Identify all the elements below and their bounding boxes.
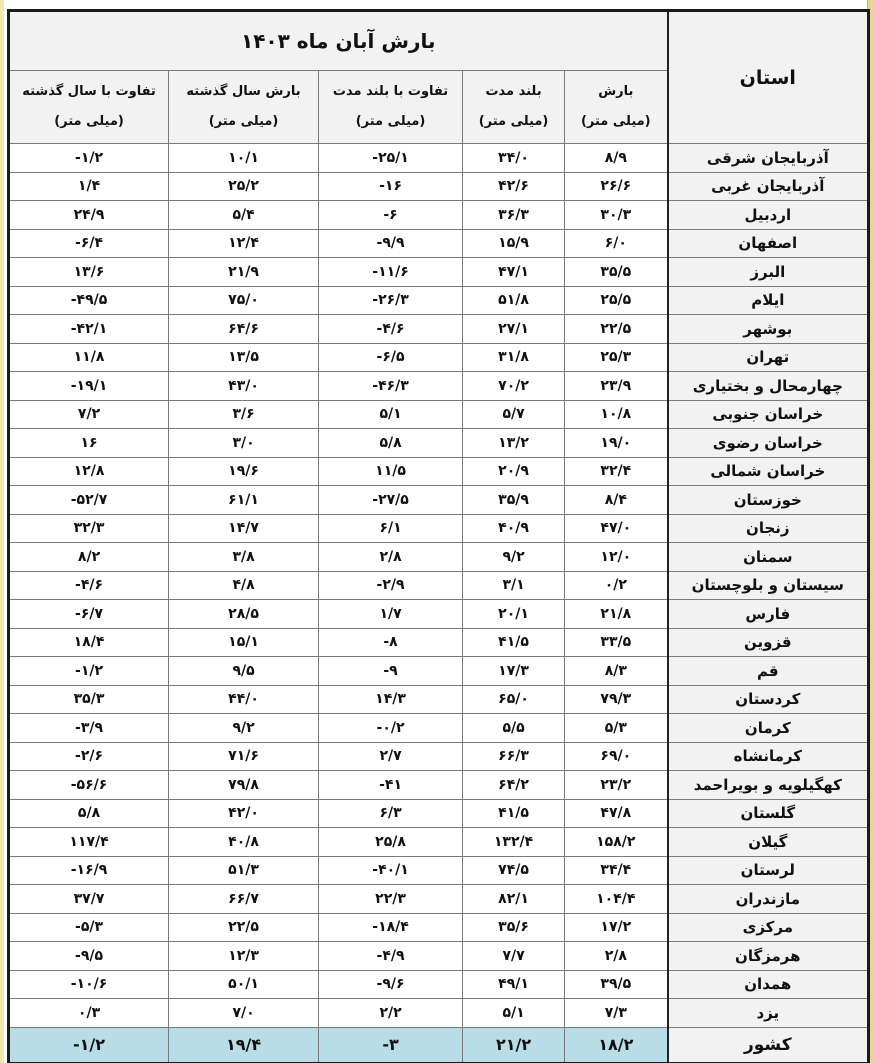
value-text: ۱۹/۰ bbox=[600, 435, 631, 451]
province-name: کشور bbox=[668, 1027, 869, 1063]
column-header-unit: (میلی متر) bbox=[463, 107, 564, 137]
table-row: هرمزگان۲/۸۷/۷-۴/۹۱۲/۳-۹/۵ bbox=[9, 942, 869, 971]
value-text: ۵۱/۸ bbox=[498, 292, 529, 308]
province-name: کرمانشاه bbox=[668, 742, 869, 771]
value-cell: ۳۲/۴ bbox=[565, 457, 668, 486]
value-cell: -۴۲/۱ bbox=[9, 315, 169, 344]
value-text: -۹/۶ bbox=[377, 976, 405, 992]
value-cell: ۱۳۲/۴ bbox=[463, 828, 565, 857]
value-cell: ۷/۰ bbox=[169, 999, 319, 1028]
value-cell: ۰/۳ bbox=[9, 999, 169, 1028]
value-text: ۴۰/۹ bbox=[498, 520, 529, 536]
table-row: خراسان شمالی۳۲/۴۲۰/۹۱۱/۵۱۹/۶۱۲/۸ bbox=[9, 457, 869, 486]
province-name: گیلان bbox=[668, 828, 869, 857]
value-cell: ۲۵/۵ bbox=[565, 286, 668, 315]
value-cell: ۱۵/۱ bbox=[169, 628, 319, 657]
value-cell: ۱/۴ bbox=[9, 172, 169, 201]
value-cell: ۵/۱ bbox=[463, 999, 565, 1028]
value-cell: ۶/۳ bbox=[319, 799, 463, 828]
value-text: ۵/۱ bbox=[502, 1005, 524, 1021]
value-text: ۶۱/۱ bbox=[228, 492, 259, 508]
value-text: -۹/۹ bbox=[377, 235, 405, 251]
value-text: ۱۳/۵ bbox=[228, 349, 259, 365]
value-cell: ۹/۵ bbox=[169, 657, 319, 686]
value-text: ۱۵/۱ bbox=[228, 634, 259, 650]
value-text: ۴۱/۵ bbox=[498, 805, 529, 821]
value-text: ۶۹/۰ bbox=[600, 748, 631, 764]
table-row: یزد۷/۳۵/۱۲/۲۷/۰۰/۳ bbox=[9, 999, 869, 1028]
value-text: ۶۴/۶ bbox=[228, 321, 259, 337]
value-cell: ۵/۷ bbox=[463, 400, 565, 429]
value-cell: ۷۴/۵ bbox=[463, 856, 565, 885]
table-row: همدان۳۹/۵۴۹/۱-۹/۶۵۰/۱-۱۰/۶ bbox=[9, 970, 869, 999]
value-cell: -۲۶/۳ bbox=[319, 286, 463, 315]
value-cell: -۱/۲ bbox=[9, 657, 169, 686]
table-row: قزوین۳۳/۵۴۱/۵-۸۱۵/۱۱۸/۴ bbox=[9, 628, 869, 657]
table-row: خراسان جنوبی۱۰/۸۵/۷۵/۱۳/۶۷/۲ bbox=[9, 400, 869, 429]
value-text: -۱۹/۱ bbox=[71, 378, 108, 394]
value-text: -۳ bbox=[382, 1035, 398, 1054]
column-header-label: بارش bbox=[565, 77, 667, 107]
value-text: ۲۱/۲ bbox=[496, 1035, 531, 1054]
value-cell: -۹/۵ bbox=[9, 942, 169, 971]
column-header-label: تفاوت با سال گذشته bbox=[10, 77, 168, 107]
value-cell: ۷۹/۳ bbox=[565, 685, 668, 714]
table-row: کرمان۵/۳۵/۵-۰/۲۹/۲-۳/۹ bbox=[9, 714, 869, 743]
value-cell: ۱۱۷/۴ bbox=[9, 828, 169, 857]
value-text: ۱۳/۶ bbox=[74, 264, 105, 280]
table-row: قم۸/۳۱۷/۳-۹۹/۵-۱/۲ bbox=[9, 657, 869, 686]
value-cell: ۴۲/۶ bbox=[463, 172, 565, 201]
value-cell: ۱۰/۸ bbox=[565, 400, 668, 429]
value-text: ۳/۶ bbox=[232, 406, 254, 422]
value-cell: ۴۹/۱ bbox=[463, 970, 565, 999]
value-cell: ۲۵/۲ bbox=[169, 172, 319, 201]
table-row: سمنان۱۲/۰۹/۲۲/۸۳/۸۸/۲ bbox=[9, 543, 869, 572]
value-cell: ۲۰/۱ bbox=[463, 600, 565, 629]
province-name: یزد bbox=[668, 999, 869, 1028]
value-cell: ۵۱/۸ bbox=[463, 286, 565, 315]
value-text: ۴۷/۰ bbox=[600, 520, 631, 536]
value-cell: -۱۸/۴ bbox=[319, 913, 463, 942]
table-row: گلستان۴۷/۸۴۱/۵۶/۳۴۲/۰۵/۸ bbox=[9, 799, 869, 828]
title-row: استان بارش آبان ماه ۱۴۰۳ bbox=[9, 11, 869, 71]
table-row: کرمانشاه۶۹/۰۶۶/۳۲/۷۷۱/۶-۲/۶ bbox=[9, 742, 869, 771]
value-text: -۵/۳ bbox=[75, 919, 103, 935]
value-cell: ۱۹/۰ bbox=[565, 429, 668, 458]
province-name: اصفهان bbox=[668, 229, 869, 258]
value-text: ۳۹/۵ bbox=[600, 976, 631, 992]
value-text: ۲/۷ bbox=[379, 748, 401, 764]
value-cell: ۴۳/۰ bbox=[169, 372, 319, 401]
value-cell: ۲۱/۹ bbox=[169, 258, 319, 287]
value-text: ۳/۱ bbox=[502, 577, 524, 593]
value-text: -۱/۲ bbox=[73, 1035, 105, 1054]
value-cell: ۲/۸ bbox=[319, 543, 463, 572]
value-text: -۴/۶ bbox=[75, 577, 103, 593]
value-cell: -۴۶/۳ bbox=[319, 372, 463, 401]
value-text: ۴۲/۶ bbox=[498, 178, 529, 194]
value-text: ۷/۷ bbox=[502, 948, 524, 964]
value-cell: ۷۵/۰ bbox=[169, 286, 319, 315]
value-cell: -۴/۹ bbox=[319, 942, 463, 971]
province-name: اردبیل bbox=[668, 201, 869, 230]
table-body: آذربایجان شرقی۸/۹۳۴/۰-۲۵/۱۱۰/۱-۱/۲آذربای… bbox=[9, 144, 869, 1063]
value-cell: ۱۱/۸ bbox=[9, 343, 169, 372]
table-row: آذربایجان شرقی۸/۹۳۴/۰-۲۵/۱۱۰/۱-۱/۲ bbox=[9, 144, 869, 173]
value-text: -۰/۲ bbox=[377, 720, 405, 736]
value-text: -۲/۹ bbox=[377, 577, 405, 593]
value-cell: ۳۲/۳ bbox=[9, 514, 169, 543]
value-text: ۱۴/۷ bbox=[228, 520, 259, 536]
value-cell: -۲۵/۱ bbox=[319, 144, 463, 173]
value-cell: ۹/۲ bbox=[169, 714, 319, 743]
value-text: -۴۰/۱ bbox=[372, 862, 409, 878]
value-text: ۱۱/۵ bbox=[375, 463, 406, 479]
value-cell: ۵/۵ bbox=[463, 714, 565, 743]
value-text: ۲۱/۸ bbox=[600, 606, 631, 622]
value-cell: ۶/۱ bbox=[319, 514, 463, 543]
value-text: ۲۵/۸ bbox=[375, 834, 406, 850]
value-cell: ۲/۷ bbox=[319, 742, 463, 771]
value-text: ۱۹/۶ bbox=[228, 463, 259, 479]
value-cell: ۷۹/۸ bbox=[169, 771, 319, 800]
value-text: ۷۰/۲ bbox=[498, 378, 529, 394]
value-cell: ۴۱/۵ bbox=[463, 628, 565, 657]
value-text: ۳۳/۵ bbox=[600, 634, 631, 650]
province-name: سیستان و بلوچستان bbox=[668, 571, 869, 600]
value-cell: ۶۶/۳ bbox=[463, 742, 565, 771]
value-text: -۴/۶ bbox=[377, 321, 405, 337]
value-text: ۶/۰ bbox=[605, 235, 627, 251]
value-cell: ۲۸/۵ bbox=[169, 600, 319, 629]
value-cell: -۹/۶ bbox=[319, 970, 463, 999]
value-cell: ۱۲/۸ bbox=[9, 457, 169, 486]
value-text: ۶۶/۷ bbox=[228, 891, 259, 907]
province-name: مرکزی bbox=[668, 913, 869, 942]
table-row: کردستان۷۹/۳۶۵/۰۱۴/۳۴۴/۰۳۵/۳ bbox=[9, 685, 869, 714]
value-text: ۱/۷ bbox=[379, 606, 401, 622]
value-cell: ۰/۲ bbox=[565, 571, 668, 600]
value-text: -۶/۴ bbox=[75, 235, 103, 251]
table-row: گیلان۱۵۸/۲۱۳۲/۴۲۵/۸۴۰/۸۱۱۷/۴ bbox=[9, 828, 869, 857]
value-text: ۱۰/۱ bbox=[228, 150, 259, 166]
value-cell: -۳ bbox=[319, 1027, 463, 1063]
value-cell: ۱۶ bbox=[9, 429, 169, 458]
value-cell: ۵۰/۱ bbox=[169, 970, 319, 999]
value-cell: ۶۹/۰ bbox=[565, 742, 668, 771]
value-text: ۱۱۷/۴ bbox=[69, 834, 108, 850]
value-text: ۴۷/۸ bbox=[600, 805, 631, 821]
value-cell: ۱۳/۵ bbox=[169, 343, 319, 372]
value-text: ۱۵۸/۲ bbox=[596, 834, 635, 850]
value-cell: ۹/۲ bbox=[463, 543, 565, 572]
value-text: ۲/۸ bbox=[605, 948, 627, 964]
total-row: کشور۱۸/۲۲۱/۲-۳۱۹/۴-۱/۲ bbox=[9, 1027, 869, 1063]
value-text: ۳/۸ bbox=[232, 549, 254, 565]
value-text: ۵/۴ bbox=[232, 207, 254, 223]
value-text: -۲۶/۳ bbox=[372, 292, 409, 308]
value-cell: -۵۶/۶ bbox=[9, 771, 169, 800]
table-row: فارس۲۱/۸۲۰/۱۱/۷۲۸/۵-۶/۷ bbox=[9, 600, 869, 629]
value-cell: -۱/۲ bbox=[9, 144, 169, 173]
value-text: ۸/۲ bbox=[78, 549, 100, 565]
value-cell: ۳۵/۵ bbox=[565, 258, 668, 287]
province-name: البرز bbox=[668, 258, 869, 287]
value-text: ۱۸/۲ bbox=[598, 1035, 633, 1054]
value-cell: -۰/۲ bbox=[319, 714, 463, 743]
value-cell: ۲۵/۸ bbox=[319, 828, 463, 857]
column-header: تفاوت با سال گذشته(میلی متر) bbox=[9, 71, 169, 144]
value-text: ۲۲/۳ bbox=[375, 891, 406, 907]
value-cell: ۳/۱ bbox=[463, 571, 565, 600]
value-text: ۱۷/۲ bbox=[600, 919, 631, 935]
province-name: همدان bbox=[668, 970, 869, 999]
value-text: ۹/۲ bbox=[232, 720, 254, 736]
table-row: لرستان۳۴/۴۷۴/۵-۴۰/۱۵۱/۳-۱۶/۹ bbox=[9, 856, 869, 885]
value-cell: ۵/۴ bbox=[169, 201, 319, 230]
value-text: ۱۲/۴ bbox=[228, 235, 259, 251]
value-text: ۸۲/۱ bbox=[498, 891, 529, 907]
value-cell: ۵/۱ bbox=[319, 400, 463, 429]
value-text: -۱۶/۹ bbox=[71, 862, 108, 878]
value-cell: ۶/۰ bbox=[565, 229, 668, 258]
value-text: ۴۷/۱ bbox=[498, 264, 529, 280]
value-text: ۲۳/۲ bbox=[600, 777, 631, 793]
value-cell: ۱۷/۳ bbox=[463, 657, 565, 686]
value-text: -۴۲/۱ bbox=[71, 321, 108, 337]
value-text: ۱۱/۸ bbox=[74, 349, 105, 365]
province-column-header: استان bbox=[668, 11, 869, 144]
value-text: -۸ bbox=[383, 634, 397, 650]
value-text: ۶۴/۲ bbox=[498, 777, 529, 793]
value-cell: -۸ bbox=[319, 628, 463, 657]
province-name: مازندران bbox=[668, 885, 869, 914]
value-text: ۰/۲ bbox=[605, 577, 627, 593]
value-text: ۲۲/۵ bbox=[600, 321, 631, 337]
value-cell: -۱۱/۶ bbox=[319, 258, 463, 287]
value-cell: ۱۳/۲ bbox=[463, 429, 565, 458]
value-text: ۵/۳ bbox=[605, 720, 627, 736]
value-cell: ۲۳/۹ bbox=[565, 372, 668, 401]
value-text: -۹ bbox=[383, 663, 397, 679]
table-row: اصفهان۶/۰۱۵/۹-۹/۹۱۲/۴-۶/۴ bbox=[9, 229, 869, 258]
value-text: ۲۰/۱ bbox=[498, 606, 529, 622]
value-text: -۱/۲ bbox=[75, 150, 103, 166]
value-cell: ۴۰/۸ bbox=[169, 828, 319, 857]
value-text: ۱۳۲/۴ bbox=[494, 834, 533, 850]
value-text: ۵۱/۳ bbox=[228, 862, 259, 878]
value-text: ۵/۷ bbox=[502, 406, 524, 422]
province-name: ایلام bbox=[668, 286, 869, 315]
value-text: ۲۴/۹ bbox=[74, 207, 105, 223]
value-cell: ۴۷/۱ bbox=[463, 258, 565, 287]
value-cell: ۳۵/۳ bbox=[9, 685, 169, 714]
value-cell: -۵۲/۷ bbox=[9, 486, 169, 515]
value-text: ۱۵/۹ bbox=[498, 235, 529, 251]
value-cell: ۵۱/۳ bbox=[169, 856, 319, 885]
value-cell: -۱۹/۱ bbox=[9, 372, 169, 401]
table-row: مازندران۱۰۴/۴۸۲/۱۲۲/۳۶۶/۷۳۷/۷ bbox=[9, 885, 869, 914]
value-text: -۴/۹ bbox=[377, 948, 405, 964]
value-cell: ۱۴/۷ bbox=[169, 514, 319, 543]
value-text: ۳۴/۰ bbox=[498, 150, 529, 166]
table-title: بارش آبان ماه ۱۴۰۳ bbox=[9, 11, 668, 71]
value-text: ۷۴/۵ bbox=[498, 862, 529, 878]
column-header: بلند مدت(میلی متر) bbox=[463, 71, 565, 144]
value-text: ۱۶ bbox=[80, 435, 97, 451]
column-header-unit: (میلی متر) bbox=[169, 107, 318, 137]
value-cell: -۶/۵ bbox=[319, 343, 463, 372]
value-text: ۱۲/۳ bbox=[228, 948, 259, 964]
value-text: ۳۲/۳ bbox=[74, 520, 105, 536]
table-row: آذربایجان غربی۲۶/۶۴۲/۶-۱۶۲۵/۲۱/۴ bbox=[9, 172, 869, 201]
value-cell: ۳/۰ bbox=[169, 429, 319, 458]
value-text: ۳۵/۹ bbox=[498, 492, 529, 508]
value-cell: -۳/۹ bbox=[9, 714, 169, 743]
value-cell: -۶/۴ bbox=[9, 229, 169, 258]
rainfall-table-container: استان بارش آبان ماه ۱۴۰۳ بارش(میلی متر)ب… bbox=[7, 9, 867, 1063]
value-text: ۷/۲ bbox=[78, 406, 100, 422]
value-cell: ۱۱/۵ bbox=[319, 457, 463, 486]
value-cell: ۲۱/۸ bbox=[565, 600, 668, 629]
province-name: تهران bbox=[668, 343, 869, 372]
value-text: ۵/۸ bbox=[78, 805, 100, 821]
column-header-unit: (میلی متر) bbox=[319, 107, 462, 137]
value-cell: ۱۹/۴ bbox=[169, 1027, 319, 1063]
value-cell: ۳/۸ bbox=[169, 543, 319, 572]
value-cell: ۵/۳ bbox=[565, 714, 668, 743]
province-name: چهارمحال و بختیاری bbox=[668, 372, 869, 401]
table-row: کهگیلویه و بویراحمد۲۳/۲۶۴/۲-۴۱۷۹/۸-۵۶/۶ bbox=[9, 771, 869, 800]
value-cell: ۱۰/۱ bbox=[169, 144, 319, 173]
province-name: کردستان bbox=[668, 685, 869, 714]
province-name: هرمزگان bbox=[668, 942, 869, 971]
value-text: ۰/۳ bbox=[78, 1005, 100, 1021]
value-text: ۳۵/۵ bbox=[600, 264, 631, 280]
value-text: ۲۷/۱ bbox=[498, 321, 529, 337]
value-cell: ۱۳/۶ bbox=[9, 258, 169, 287]
value-cell: ۳۴/۴ bbox=[565, 856, 668, 885]
value-cell: ۲۲/۳ bbox=[319, 885, 463, 914]
value-text: -۹/۵ bbox=[75, 948, 103, 964]
left-frame-edge bbox=[0, 0, 4, 1063]
value-text: ۴۱/۵ bbox=[498, 634, 529, 650]
value-text: ۷۱/۶ bbox=[228, 748, 259, 764]
value-text: ۶۵/۰ bbox=[498, 691, 529, 707]
value-text: ۵/۱ bbox=[379, 406, 401, 422]
value-cell: ۷/۲ bbox=[9, 400, 169, 429]
value-cell: ۴/۸ bbox=[169, 571, 319, 600]
value-cell: ۲۶/۶ bbox=[565, 172, 668, 201]
table-row: بوشهر۲۲/۵۲۷/۱-۴/۶۶۴/۶-۴۲/۱ bbox=[9, 315, 869, 344]
value-cell: ۷/۳ bbox=[565, 999, 668, 1028]
value-cell: -۵/۳ bbox=[9, 913, 169, 942]
value-cell: ۴۷/۰ bbox=[565, 514, 668, 543]
value-text: ۹/۲ bbox=[502, 549, 524, 565]
value-cell: -۴/۶ bbox=[9, 571, 169, 600]
value-cell: ۱۵۸/۲ bbox=[565, 828, 668, 857]
value-cell: ۴۷/۸ bbox=[565, 799, 668, 828]
value-cell: ۲۳/۲ bbox=[565, 771, 668, 800]
value-cell: ۴۲/۰ bbox=[169, 799, 319, 828]
value-text: ۳۴/۴ bbox=[600, 862, 631, 878]
table-row: زنجان۴۷/۰۴۰/۹۶/۱۱۴/۷۳۲/۳ bbox=[9, 514, 869, 543]
value-text: -۶ bbox=[383, 207, 397, 223]
value-cell: ۴۱/۵ bbox=[463, 799, 565, 828]
value-text: ۱۳/۲ bbox=[498, 435, 529, 451]
value-cell: ۳۷/۷ bbox=[9, 885, 169, 914]
value-cell: ۴۴/۰ bbox=[169, 685, 319, 714]
value-text: ۵/۵ bbox=[502, 720, 524, 736]
value-cell: ۲۲/۵ bbox=[565, 315, 668, 344]
value-text: -۴۱ bbox=[379, 777, 402, 793]
value-text: ۲۸/۵ bbox=[228, 606, 259, 622]
value-text: ۴/۸ bbox=[232, 577, 254, 593]
province-name: فارس bbox=[668, 600, 869, 629]
province-name: گلستان bbox=[668, 799, 869, 828]
value-text: -۴۹/۵ bbox=[71, 292, 108, 308]
value-text: ۱/۴ bbox=[78, 178, 100, 194]
value-text: ۱۴/۳ bbox=[375, 691, 406, 707]
value-text: -۵۶/۶ bbox=[71, 777, 108, 793]
value-text: ۷/۳ bbox=[605, 1005, 627, 1021]
value-text: -۱/۲ bbox=[75, 663, 103, 679]
value-cell: -۱۶/۹ bbox=[9, 856, 169, 885]
value-cell: -۶/۷ bbox=[9, 600, 169, 629]
value-text: ۴۴/۰ bbox=[228, 691, 259, 707]
value-cell: ۱۷/۲ bbox=[565, 913, 668, 942]
province-name: خوزستان bbox=[668, 486, 869, 515]
province-name: زنجان bbox=[668, 514, 869, 543]
value-cell: -۱۶ bbox=[319, 172, 463, 201]
value-text: ۳۲/۴ bbox=[600, 463, 631, 479]
value-text: ۳۱/۸ bbox=[498, 349, 529, 365]
column-header: بارش(میلی متر) bbox=[565, 71, 668, 144]
value-cell: ۶۶/۷ bbox=[169, 885, 319, 914]
value-text: ۳۵/۶ bbox=[498, 919, 529, 935]
column-header-unit: (میلی متر) bbox=[565, 107, 667, 137]
province-name: بوشهر bbox=[668, 315, 869, 344]
value-text: ۲۱/۹ bbox=[228, 264, 259, 280]
value-cell: ۲۱/۲ bbox=[463, 1027, 565, 1063]
value-text: -۲/۶ bbox=[75, 748, 103, 764]
value-cell: -۴۹/۵ bbox=[9, 286, 169, 315]
value-cell: ۲۷/۱ bbox=[463, 315, 565, 344]
value-text: ۱۹/۴ bbox=[226, 1035, 261, 1054]
value-text: ۶/۱ bbox=[379, 520, 401, 536]
value-cell: ۶۱/۱ bbox=[169, 486, 319, 515]
value-text: ۱۰/۸ bbox=[600, 406, 631, 422]
value-cell: ۲۴/۹ bbox=[9, 201, 169, 230]
column-header-unit: (میلی متر) bbox=[10, 107, 168, 137]
value-cell: ۸/۳ bbox=[565, 657, 668, 686]
value-cell: ۶۴/۶ bbox=[169, 315, 319, 344]
value-text: ۲۲/۵ bbox=[228, 919, 259, 935]
value-text: ۷۵/۰ bbox=[228, 292, 259, 308]
value-text: -۱۰/۶ bbox=[71, 976, 108, 992]
value-cell: ۶۵/۰ bbox=[463, 685, 565, 714]
value-text: ۲/۲ bbox=[379, 1005, 401, 1021]
value-cell: ۲/۸ bbox=[565, 942, 668, 971]
value-cell: ۳۵/۶ bbox=[463, 913, 565, 942]
value-cell: ۷/۷ bbox=[463, 942, 565, 971]
province-name: کهگیلویه و بویراحمد bbox=[668, 771, 869, 800]
value-text: ۴۹/۱ bbox=[498, 976, 529, 992]
value-text: ۲۵/۲ bbox=[228, 178, 259, 194]
value-text: ۴۲/۰ bbox=[228, 805, 259, 821]
value-text: -۲۷/۵ bbox=[372, 492, 409, 508]
